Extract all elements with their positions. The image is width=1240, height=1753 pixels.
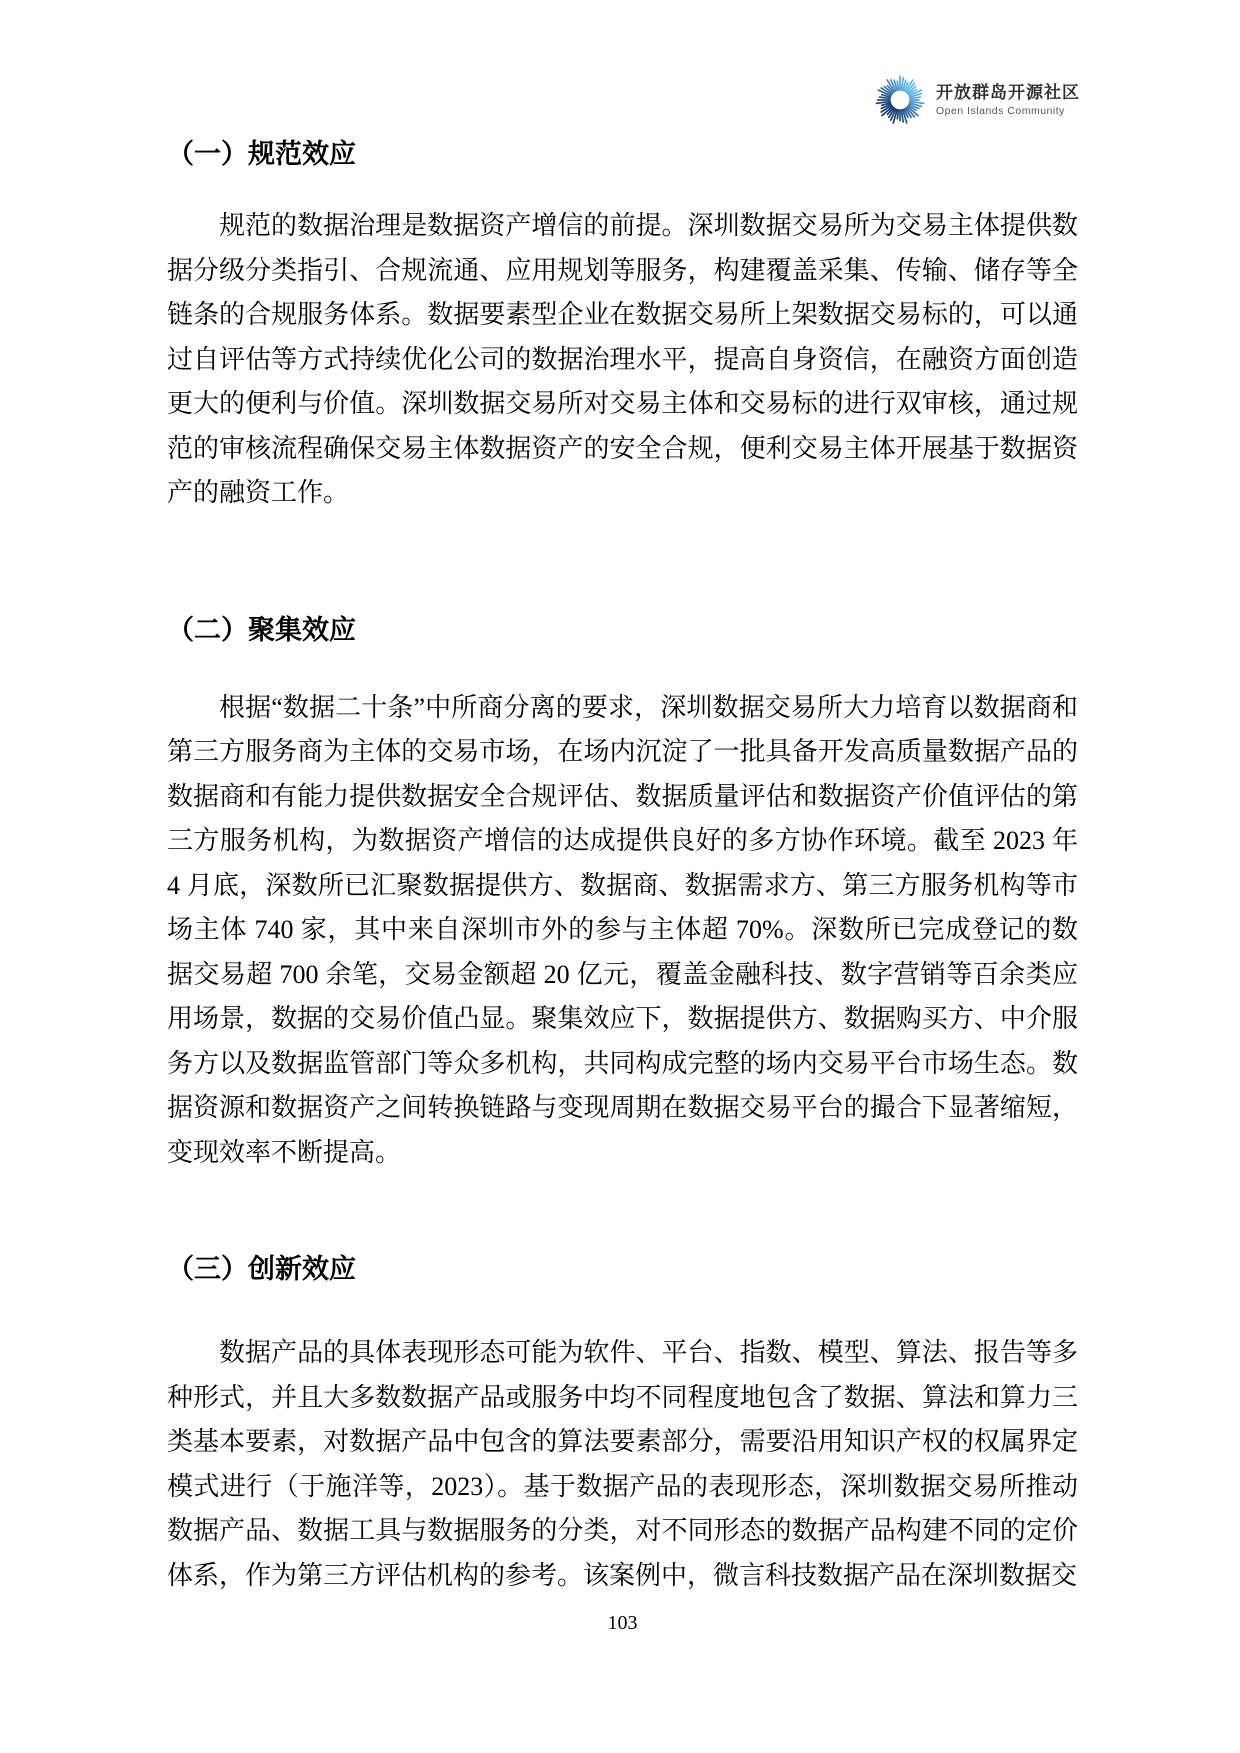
- logo-text: 开放群岛开源社区 Open Islands Community: [936, 83, 1080, 118]
- page-number: 103: [167, 1612, 1078, 1635]
- section-aggregation-effect: （二）聚集效应 根据“数据二十条”中所商分离的要求，深圳数据交易所大力培育以数据…: [167, 612, 1078, 1176]
- logo-title-en: Open Islands Community: [936, 105, 1080, 117]
- section-heading: （三）创新效应: [167, 1251, 1078, 1287]
- page-content: （一）规范效应 规范的数据治理是数据资产增信的前提。深圳数据交易所为交易主体提供…: [167, 136, 1078, 1598]
- section-standardization-effect: （一）规范效应 规范的数据治理是数据资产增信的前提。深圳数据交易所为交易主体提供…: [167, 136, 1078, 516]
- sunburst-icon: [874, 74, 926, 126]
- open-islands-logo: 开放群岛开源社区 Open Islands Community: [874, 74, 1080, 126]
- section-paragraph: 根据“数据二十条”中所商分离的要求，深圳数据交易所大力培育以数据商和第三方服务商…: [167, 686, 1078, 1176]
- section-heading: （一）规范效应: [167, 136, 1078, 172]
- section-innovation-effect: （三）创新效应 数据产品的具体表现形态可能为软件、平台、指数、模型、算法、报告等…: [167, 1251, 1078, 1598]
- section-paragraph: 规范的数据治理是数据资产增信的前提。深圳数据交易所为交易主体提供数据分级分类指引…: [167, 204, 1078, 516]
- section-paragraph: 数据产品的具体表现形态可能为软件、平台、指数、模型、算法、报告等多种形式，并且大…: [167, 1331, 1078, 1598]
- section-heading: （二）聚集效应: [167, 612, 1078, 648]
- logo-title-zh: 开放群岛开源社区: [936, 83, 1080, 103]
- document-page: 开放群岛开源社区 Open Islands Community （一）规范效应 …: [0, 0, 1240, 1753]
